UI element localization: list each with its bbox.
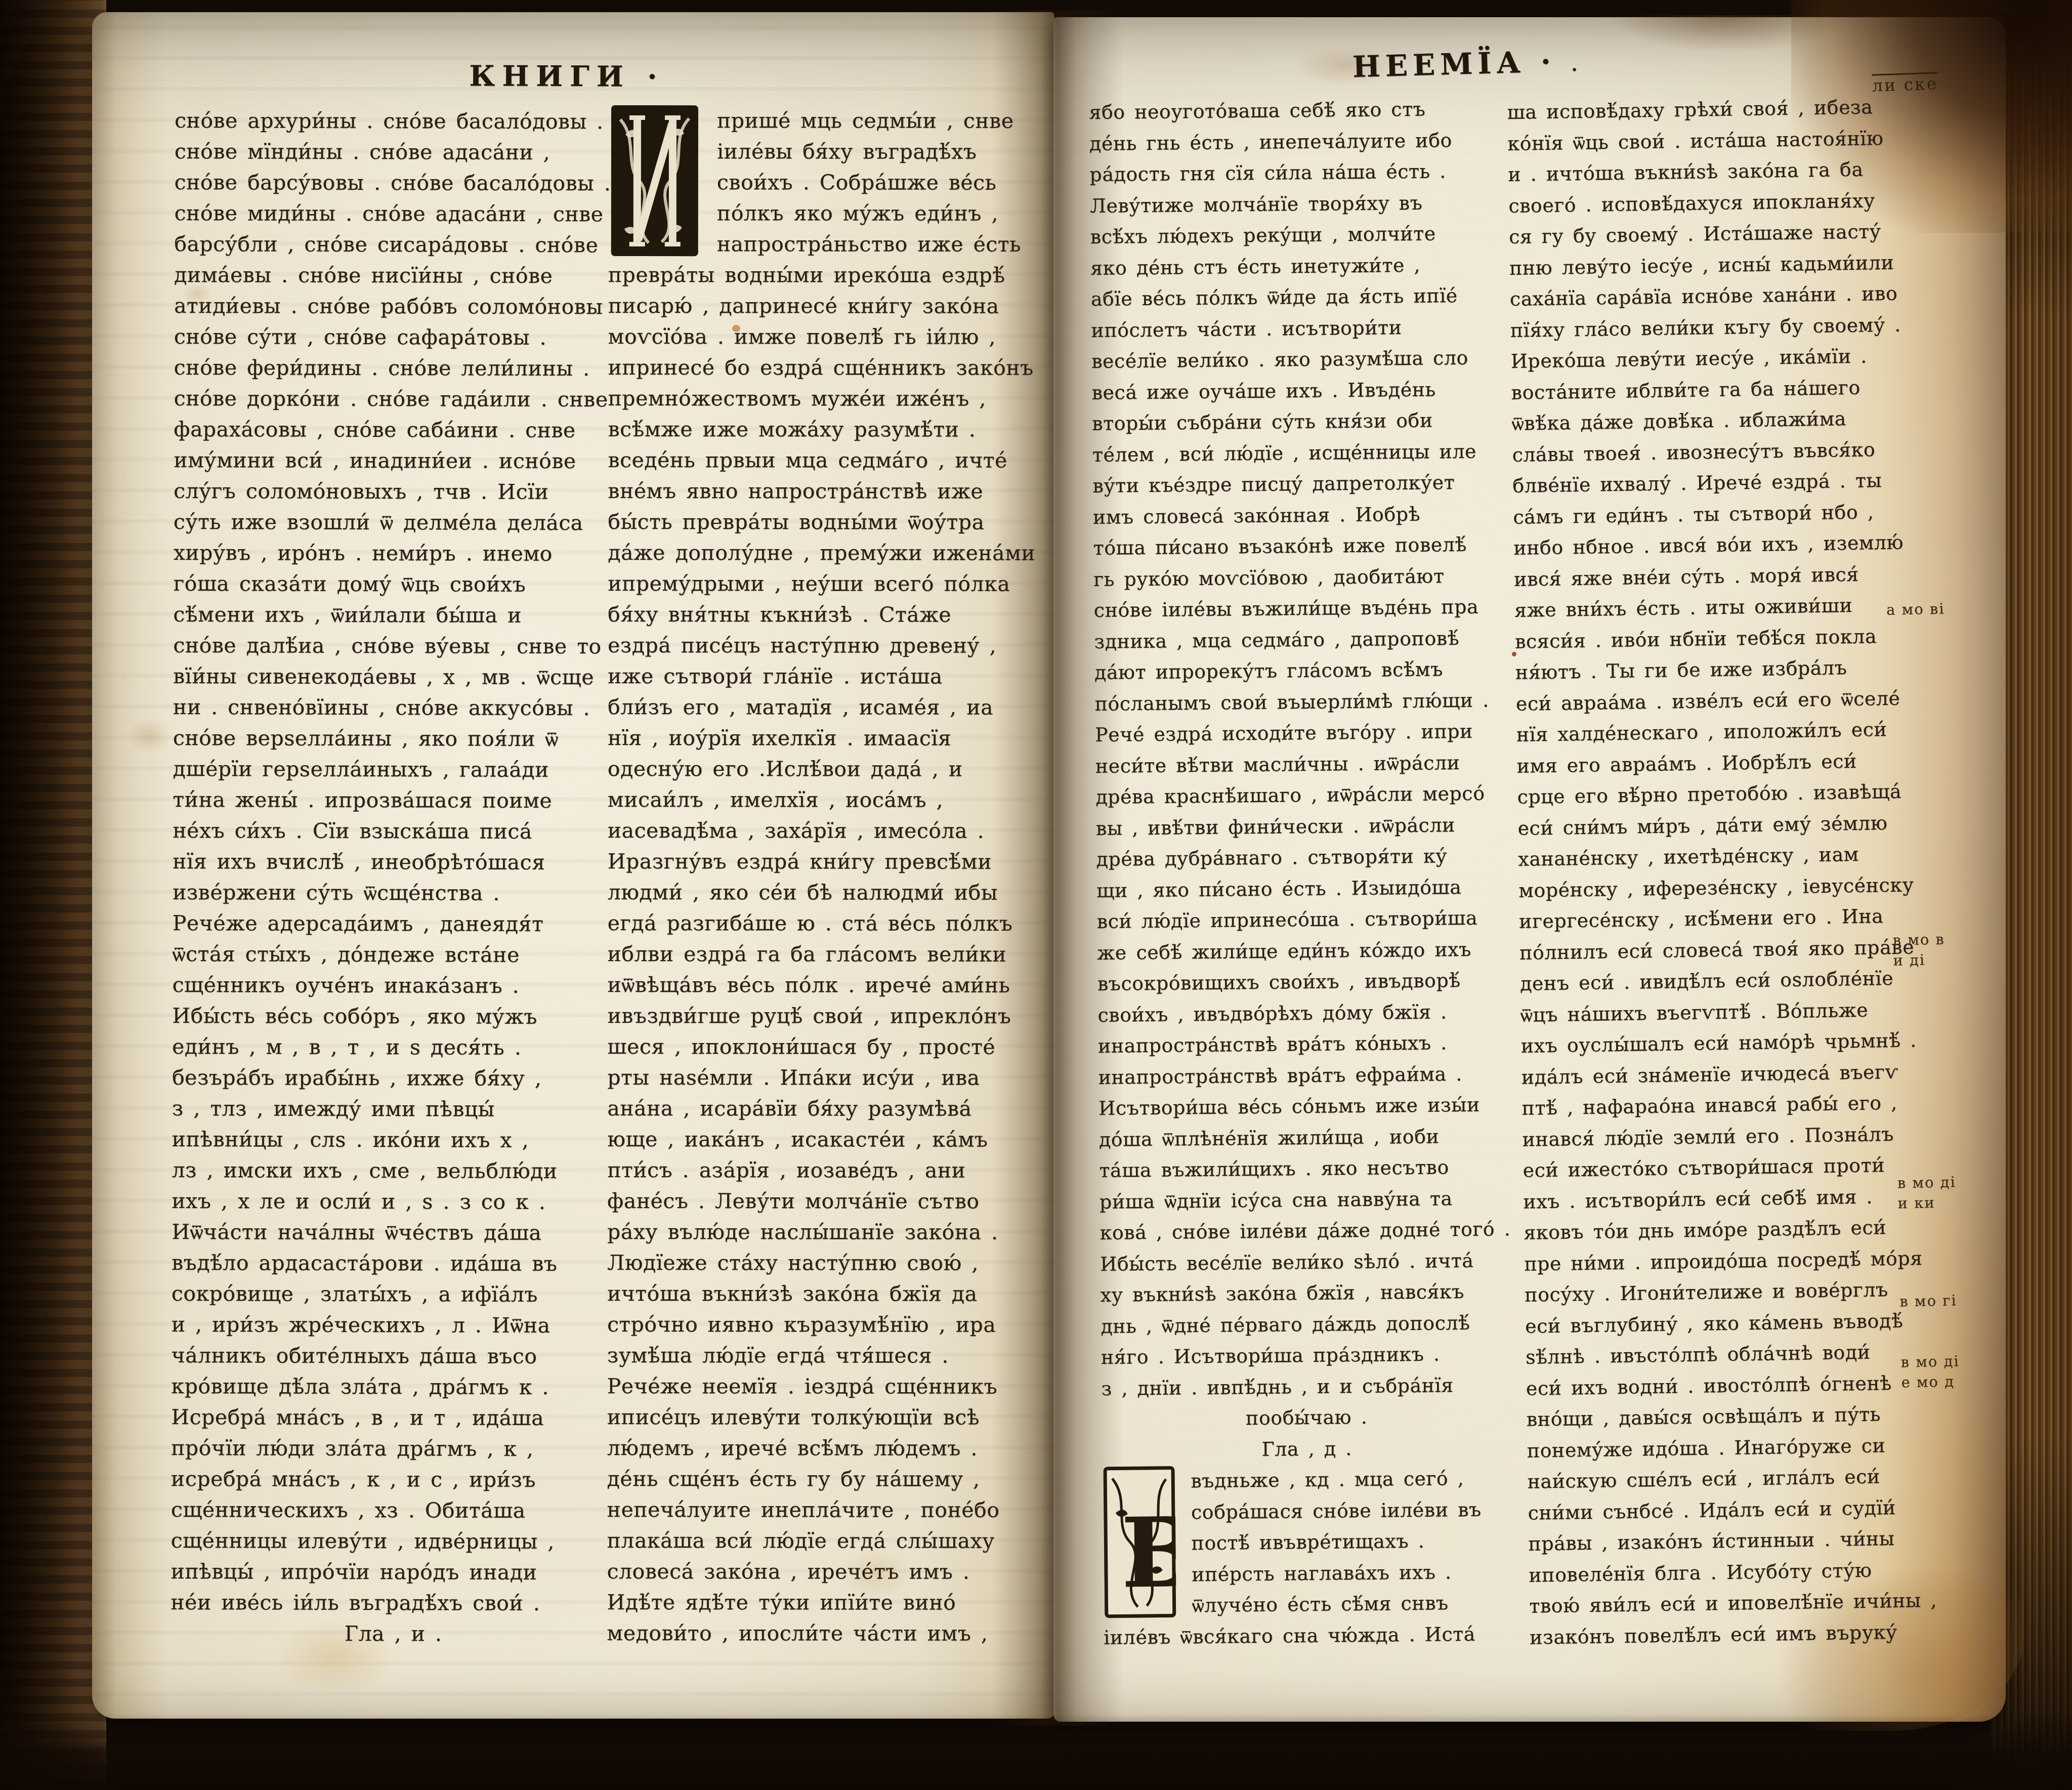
text-line: и . ичто́ша въкни́ѕѣ зако́на га ба bbox=[1508, 154, 1885, 191]
text-line: изве́ржени су́ть ѿсще́нства . bbox=[173, 877, 618, 909]
text-line: срце его вѣ́рно претобо́ю . изавѣща́ bbox=[1517, 776, 1894, 813]
text-line: вне́мъ явно напростра́нствѣ иже bbox=[608, 476, 1053, 507]
text-line: моѵсїо́ва . имже повелѣ́ гь іи́лю , bbox=[608, 321, 1053, 353]
text-line: хиру́въ , иро́нъ . неми́ръ . инемо bbox=[174, 537, 619, 569]
drop-cap-initial-v: В bbox=[1103, 1466, 1176, 1618]
binding-bottom-shadow bbox=[0, 1714, 2072, 1790]
text-line: щи , яко пи́сано е́сть . Изыидо́ша bbox=[1096, 871, 1507, 906]
text-line: са́мъ ги еди́нъ . ты сътвори́ нбо , bbox=[1513, 496, 1890, 533]
text-line: сно́ве мїнди́ны . сно́ве адаса́ни , bbox=[175, 136, 620, 168]
photo-backdrop: КНИГИ · НЕЕМЇА · . ли ске сно́ве архури́… bbox=[0, 0, 2072, 1790]
text-line: сще́нникъ оуче́нъ инака́занъ . bbox=[172, 970, 617, 1002]
text-line: барсу́бли , сно́ве сисара́довы . сно́ве bbox=[174, 229, 619, 261]
text-line: Иреко́ша леву́ти иесу́е , ика́мїи . bbox=[1510, 341, 1888, 378]
text-line: яко де́нь стъ е́сть инетужи́те , bbox=[1090, 249, 1501, 284]
text-line: Гла , д . bbox=[1102, 1432, 1512, 1467]
text-line: иже сътвори́ гла́нїе . иста́ша bbox=[608, 661, 1053, 692]
left-page-header: КНИГИ · bbox=[445, 59, 688, 94]
text-line: свои́хъ , ивъдво́рѣхъ до́му бжїя . bbox=[1097, 996, 1508, 1031]
text-line: не́хъ си́хъ . Сїи взыска́ша писа́ bbox=[173, 815, 618, 847]
text-line: имъ словеса́ зако́нная . Иобрѣ bbox=[1093, 498, 1503, 533]
text-line: ипрему́дрыми , неу́ши всего́ по́лка bbox=[608, 568, 1053, 600]
text-line: ѕѣ́лнѣ . ивъсто́лпѣ обла́чнѣ води́ bbox=[1525, 1337, 1902, 1373]
text-line: Леву́тиже молча́нїе творя́ху въ bbox=[1090, 187, 1500, 222]
text-line: нїя ихъ вчислѣ́ , инеобрѣто́шася bbox=[173, 846, 618, 878]
text-line: не́и иве́сь іи́ль въградѣ́хъ свои́ . bbox=[171, 1587, 616, 1619]
text-line: ра́ху вълю́де наслы́шанїе зако́на . bbox=[607, 1217, 1052, 1248]
text-line: ву́ти къе́здре писцу́ дапретолку́ет bbox=[1092, 467, 1503, 502]
text-line: сно́ве верѕелла́ины , яко поя́ли ѿ bbox=[173, 723, 618, 755]
text-line: всѣ́мже иже можа́ху разумѣ́ти . bbox=[608, 414, 1053, 445]
text-line: еди́нъ , м , в , т , и ѕ деся́ть . bbox=[172, 1031, 617, 1063]
text-line: мисаи́лъ , имелхїя , иоса́мъ , bbox=[608, 784, 1053, 816]
text-line: ихъ оуслы́шалъ еси́ намо́рѣ чрьмнѣ́ . bbox=[1520, 1025, 1898, 1062]
text-line: Людїеже ста́ху насту́пню свою́ , bbox=[607, 1247, 1052, 1279]
text-line: фане́съ . Леву́ти молча́нїе сътво bbox=[607, 1186, 1052, 1217]
margin-note: в мо гі bbox=[1899, 1290, 1957, 1311]
text-line: словеса́ зако́на , ирече́тъ имъ . bbox=[607, 1556, 1052, 1588]
text-line: непеча́луите инепла́чите , поне́бо bbox=[607, 1494, 1052, 1526]
text-line: сще́нницы илеву́ти , идве́рницы , bbox=[171, 1525, 616, 1557]
text-line: ябо неоугото́ваша себѣ́ яко стъ bbox=[1089, 93, 1499, 128]
text-line: сла́вы твоея́ . ивознесу́тъ въвся́ко bbox=[1512, 434, 1889, 471]
text-line: Исътвори́ша ве́сь со́ньмъ иже изы́и bbox=[1098, 1089, 1509, 1124]
text-line: ана́на , исара́вїи бя́ху разумѣва́ bbox=[607, 1093, 1052, 1125]
text-line: сще́нническихъ , хз . Обита́ша bbox=[171, 1494, 616, 1526]
text-line: писарю́ , дапринесе́ кни́гу зако́на bbox=[608, 290, 1053, 322]
text-line: иблви ездра́ га ба гла́сомъ вели́ки bbox=[608, 939, 1053, 970]
text-line: наи́скую сше́лъ еси́ , игла́лъ еси́ bbox=[1527, 1461, 1905, 1498]
text-line: денъ еси́ . ивидѣ́лъ еси́ оѕлобле́нїе bbox=[1520, 963, 1897, 1000]
text-line: ивъздви́гше руцѣ́ свои́ , ипрекло́нъ bbox=[607, 1001, 1052, 1032]
text-line: еси́ ихъ водни́ . ивосто́лпѣ о́гненѣ bbox=[1526, 1367, 1903, 1404]
svg-text:В: В bbox=[1121, 1496, 1176, 1610]
text-line: саха́нїа сара́вїа исно́ве хана́ни . иво bbox=[1509, 278, 1887, 315]
text-line: Ибы́сть весе́лїе вели́ко ѕѣло́ . ичта́ bbox=[1100, 1245, 1510, 1280]
text-line: фараха́совы , сно́ве саба́ини . снве bbox=[174, 414, 619, 446]
text-line: ипѣвцы́ , ипро́чїи наро́дъ инади bbox=[171, 1556, 616, 1588]
text-column-4: ша исповѣ́даху грѣхи́ своя́ , ибезако́нї… bbox=[1507, 92, 1907, 1653]
text-line: Рече́же адерсада́имъ , данеядя́т bbox=[173, 908, 618, 940]
text-line: ра́дость гня сїя си́ла на́ша е́сть . bbox=[1089, 155, 1500, 190]
text-line: ся гу бу своему́ . Иста́шаже насту́ bbox=[1509, 216, 1886, 253]
text-line: вседе́нь првыи мца седма́го , ичте́ bbox=[608, 445, 1053, 476]
text-line: пре ни́ми . ипроидо́ша посредѣ́ мо́ря bbox=[1524, 1243, 1901, 1280]
text-line: всѣ́хъ лю́дехъ реку́щи , молчи́те bbox=[1090, 218, 1500, 253]
text-line: егда́ разгиба́ше ю . ста́ ве́сь по́лкъ bbox=[608, 908, 1053, 939]
text-line: всяси́я . иво́и нбнїи тебѣ́ся покла bbox=[1515, 620, 1892, 657]
text-line: лю́демъ , ирече́ всѣ́мъ лю́демъ . bbox=[607, 1433, 1052, 1464]
text-line: ша исповѣ́даху грѣхи́ своя́ , ибеза bbox=[1507, 92, 1884, 129]
text-line: въдѣ́ло ардасаста́рови . ида́ша въ bbox=[172, 1247, 617, 1279]
text-line: медови́то , ипосли́те ча́сти имъ , bbox=[607, 1618, 1052, 1649]
text-line: бы́сть превра́ты водны́ми ѿоу́тра bbox=[608, 507, 1053, 538]
text-line: пообы́чаю . bbox=[1102, 1400, 1512, 1435]
text-line: бли́зъ его , матадїя , исаме́я , иа bbox=[608, 692, 1053, 723]
text-line: стро́чно иявно къразумѣ́нїю , ира bbox=[607, 1309, 1052, 1341]
text-line: ри́ша ѿднїи ісу́са сна навву́на та bbox=[1100, 1183, 1510, 1218]
text-line: іиле́въ ѿвся́каго сна чю́жда . Иста́ bbox=[1104, 1618, 1514, 1653]
text-line: Рече́же неемїя . іездра́ сще́нникъ bbox=[607, 1371, 1052, 1402]
text-line: нїя , иоу́рїя ихелкїя . имаасїя bbox=[608, 723, 1053, 754]
text-line: птѣ́ , нафарао́на инався́ рабы́ его , bbox=[1521, 1088, 1899, 1125]
right-page-header: НЕЕМЇА · . bbox=[1335, 43, 1599, 85]
margin-note: в мо діе мо д bbox=[1900, 1351, 1960, 1392]
text-line: премно́жествомъ муже́и иже́нъ , bbox=[608, 383, 1053, 414]
text-line: еси́ ижесто́ко сътвори́шася проти́ bbox=[1523, 1150, 1900, 1187]
text-line: ня́го . Исътвори́ша пра́здникъ . bbox=[1101, 1338, 1511, 1373]
text-line: посу́ху . Игони́телиже и вове́рглъ bbox=[1525, 1274, 1902, 1311]
text-line: сно́ве су́ти , сно́ве сафара́товы . bbox=[174, 321, 619, 353]
text-line: дше́рїи герѕелла́иныхъ , галаа́ди bbox=[173, 754, 618, 785]
text-line: изако́нъ повелѣ́лъ еси́ имъ въруку́ bbox=[1530, 1616, 1907, 1653]
text-line: инався́ лю́дїе земли́ его . Позна́лъ bbox=[1522, 1118, 1899, 1155]
text-line: пїя́ху гла́со вели́ки къгу бу своему́ . bbox=[1510, 309, 1887, 346]
text-line: слу́гъ соломо́новыхъ , тчв . Исїи bbox=[174, 476, 619, 508]
text-line: зумѣ́ша лю́дїе егда́ чтя́шеся . bbox=[607, 1340, 1052, 1371]
text-line: Иѿча́сти нача́лны ѿче́ствъ да́ша bbox=[172, 1217, 617, 1248]
text-line: пню леву́то іесу́е , исны́ кадьми́или bbox=[1509, 247, 1887, 284]
text-line: де́нь сще́нъ е́сть гу бу на́шему , bbox=[607, 1464, 1052, 1495]
text-line: пти́съ . аза́рїя , иозаве́дъ , ани bbox=[607, 1155, 1052, 1186]
text-line: здника , мца седма́го , дапроповѣ́ bbox=[1094, 622, 1504, 657]
text-line: вно́щи , давы́ся освѣща́лъ и пу́ть bbox=[1526, 1399, 1904, 1436]
text-line: по́сланымъ свои́ въыерли́мѣ глю́щи . bbox=[1094, 685, 1505, 720]
text-column-2: прише́ мць седмы́и , снвеіиле́вы бя́ху в… bbox=[607, 105, 1053, 1649]
right-page-header-dot: . bbox=[1571, 55, 1583, 76]
text-line: ѿцъ на́шихъ въегѵптѣ́ . Во́пльже bbox=[1520, 994, 1897, 1031]
text-line: Рече́ ездра́ исходи́те въго́ру . ипри bbox=[1095, 716, 1505, 751]
text-line: иѿвѣща́въ ве́сь по́лк . ирече́ ами́нь bbox=[607, 970, 1052, 1001]
text-line: з , тлз , имежду́ ими пѣвцы́ bbox=[172, 1093, 617, 1125]
text-line: ипринесе́ бо ездра́ сще́нникъ зако́нъ bbox=[608, 352, 1053, 384]
text-line: Гла , и . bbox=[171, 1618, 616, 1650]
text-line: ѿста́я сты́хъ , до́ндеже вста́не bbox=[173, 939, 618, 971]
text-line: людми́ , яко се́и бѣ налюдми́ ибы bbox=[608, 877, 1053, 908]
text-line: одесну́ю его .Ислѣ́вои дада́ , и bbox=[608, 754, 1053, 785]
text-line: ився́ яже вне́и су́ть . моря́ ився́ bbox=[1514, 558, 1891, 595]
text-column-1: сно́ве архури́ны . сно́ве басало́довы .с… bbox=[171, 105, 620, 1650]
text-line: еси́ въглубину́ , яко ка́мень въводѣ́ bbox=[1525, 1305, 1902, 1342]
text-line: воста́ните иблви́те га ба на́шего bbox=[1511, 371, 1888, 408]
leather-binding-left bbox=[0, 0, 106, 1790]
text-line: еси́ сни́мъ ми́ръ , да́ти ему́ зе́млю bbox=[1517, 807, 1895, 844]
text-line: веса́ иже оуча́ше ихъ . Ивъде́нь bbox=[1091, 373, 1502, 408]
text-line: Иразгну́въ ездра́ кни́гу превсѣ́ми bbox=[608, 846, 1053, 878]
text-line: сно́ве іиле́вы въжили́ще въде́нь пра bbox=[1093, 591, 1504, 626]
text-line: твою́ яви́лъ еси́ и иповелѣ́нїе ичи́ны , bbox=[1529, 1586, 1907, 1622]
text-line: го́ша сказа́ти дому́ ѿць свои́хъ bbox=[173, 568, 618, 600]
text-line: бя́ху вня́тны къкни́зѣ . Ста́же bbox=[608, 599, 1053, 631]
text-line: море́нску , иферезе́нску , іевусе́нску bbox=[1518, 869, 1896, 906]
text-line: днь , ѿдне́ пе́рваго да́ждь допослѣ́ bbox=[1101, 1307, 1511, 1342]
text-line: атиди́евы . сно́ве рабо́въ соломо́новы bbox=[174, 290, 619, 322]
text-line: весе́лїе вели́ко . яко разумѣ́ша сло bbox=[1091, 342, 1502, 377]
text-line: ида́лъ еси́ зна́менїе ичюдеса́ въегѵ bbox=[1521, 1056, 1898, 1093]
text-line: иму́мини вси́ , инадини́еи . исно́ве bbox=[174, 445, 619, 477]
text-line: ездра́ писе́цъ насту́пню древену́ , bbox=[608, 630, 1053, 661]
text-line: инбо нбное . ився́ во́и ихъ , иземлю́ bbox=[1513, 527, 1891, 564]
text-line: ипѣвни́цы , слѕ . ико́ни ихъ х , bbox=[172, 1124, 617, 1156]
text-line: пра́вы , изако́нъ и́стинныи . чи́ны bbox=[1528, 1523, 1906, 1560]
text-line: ихъ , х ле и осли́ и , ѕ . з со к . bbox=[172, 1186, 617, 1218]
text-line: та́ша въжили́щихъ . яко несътво bbox=[1099, 1151, 1509, 1186]
text-line: до́ша ѿплѣне́нїя жили́ща , иоби bbox=[1098, 1120, 1509, 1155]
text-line: неси́те вѣ́тви масли́чны . иѿра́сли bbox=[1095, 747, 1505, 782]
text-line: кова́ , сно́ве іиле́ви да́же додне́ того… bbox=[1100, 1214, 1510, 1248]
text-line: дима́евы . сно́ве нисїи́ны , сно́ве bbox=[174, 260, 619, 292]
text-line: кро́вище дѣ́ла зла́та , дра́гмъ к . bbox=[171, 1371, 616, 1403]
text-line: еси́ авраа́ма . изве́лъ еси́ его ѿселе́ bbox=[1515, 683, 1893, 720]
text-line: сно́ве архури́ны . сно́ве басало́довы . bbox=[175, 105, 620, 137]
text-line: понему́же идо́ша . Инаго́руже си bbox=[1527, 1430, 1904, 1467]
text-line: иповеле́нїя блга . Исубо́ту сту́ю bbox=[1529, 1554, 1906, 1591]
text-line: то́ша пи́сано възако́нѣ иже повелѣ́ bbox=[1093, 529, 1503, 564]
drop-cap-initial-i bbox=[610, 104, 699, 257]
text-line: же себѣ́ жили́ще еди́нъ ко́ждо ихъ bbox=[1097, 934, 1507, 969]
text-line: иписе́цъ илеву́ти толку́ющїи всѣ bbox=[607, 1402, 1052, 1433]
text-line: ихъ . исътвори́лъ еси́ себѣ́ имя . bbox=[1523, 1181, 1900, 1218]
text-line: ча́лникъ обите́лныхъ да́ша въсо bbox=[171, 1340, 616, 1372]
text-line: вси́ лю́дїе ипринесо́ша . сътвори́ша bbox=[1096, 902, 1507, 937]
text-line: ѿвѣ́ка да́же довѣ́ка . иблажи́ма bbox=[1511, 403, 1889, 440]
text-line: ко́нїя ѿць свои́ . иста́ша настоя́нїю bbox=[1507, 122, 1885, 159]
text-line: юще , иака́нъ , исакасте́и , ка́мъ bbox=[607, 1124, 1052, 1155]
text-line: про́чїи лю́ди зла́та дра́гмъ , к , bbox=[171, 1433, 616, 1465]
text-line: имя его авраа́мъ . Иобрѣ́лъ еси́ bbox=[1516, 745, 1894, 782]
text-line: сно́ве миди́ны . сно́ве адаса́ни , снве bbox=[174, 198, 619, 230]
text-line: сно́ве фери́дины . сно́ве лели́лины . bbox=[174, 352, 619, 384]
text-line: да́ют ипрореку́тъ гла́сомъ всѣ́мъ bbox=[1094, 653, 1505, 688]
text-line: Исребра́ мна́съ , в , и т , ида́ша bbox=[171, 1402, 616, 1434]
text-line: ху въкни́ѕѣ зако́на бжїя , нався́къ bbox=[1100, 1276, 1510, 1311]
text-line: сно́ве дорко́ни . сно́ве гада́или . снве bbox=[174, 383, 619, 415]
text-line: нїя халде́нескаго , иположи́лъ еси́ bbox=[1516, 714, 1893, 751]
text-line: ипо́слетъ ча́сти . исътвори́ти bbox=[1091, 311, 1501, 346]
text-line: сно́ве далѣ́иа , сно́ве ву́евы , снве то bbox=[173, 630, 618, 662]
text-line: иасевадѣ́ма , заха́рїя , имесо́ла . bbox=[608, 815, 1053, 847]
text-line: сни́ми сънбсе́ . Ида́лъ еси́ и судїи́ bbox=[1528, 1492, 1905, 1529]
text-line: лз , имски ихъ , сме , вельблю́ди bbox=[172, 1155, 617, 1187]
text-line: вїи́ны сивенекода́евы , х , мв . ѿсще bbox=[173, 661, 618, 693]
text-line: игергесе́нску , исѣ́мени его . Ина bbox=[1519, 901, 1896, 938]
margin-note: в мо діи ки bbox=[1897, 1172, 1956, 1213]
text-line: з , днїи . ивпѣ́днь , и и събра́нїя bbox=[1101, 1369, 1511, 1404]
text-line: превра́ты водны́ми иреко́ша ездрѣ́ bbox=[608, 260, 1053, 291]
text-line: де́нь гнь е́сть , инепеча́луите ибо bbox=[1089, 124, 1500, 159]
text-line: ичто́ша въкни́зѣ зако́на бжїя да bbox=[607, 1278, 1052, 1310]
text-line: ханане́нску , ихетѣде́нску , иам bbox=[1518, 839, 1895, 876]
text-line: абїе ве́сь по́лкъ ѿи́де да я́сть ипїе́ bbox=[1091, 280, 1501, 315]
text-line: исребра́ мна́съ , к , и с , ири́зъ bbox=[171, 1464, 616, 1495]
text-line: дре́ва дубра́внаго . сътворя́ти ку́ bbox=[1096, 840, 1506, 875]
text-line: рты наѕе́мли . Ипа́ки ису́и , ива bbox=[607, 1062, 1052, 1094]
text-column-3: В ябо неоугото́ваша себѣ́ яко стъде́нь г… bbox=[1089, 93, 1513, 1653]
text-line: и , ири́зъ жре́ческихъ , л . Иѿна bbox=[172, 1309, 617, 1341]
right-page-header-text: НЕЕМЇА · bbox=[1352, 44, 1556, 84]
text-line: вторы́и събра́ни су́ть кня́зи оби bbox=[1092, 404, 1502, 439]
text-line: своего́ . исповѣ́дахуся ипокланя́ху bbox=[1508, 185, 1886, 222]
text-line: въсокро́вищихъ свои́хъ , ивъдворѣ́ bbox=[1097, 965, 1508, 1000]
text-line: сно́ве барсу́вовы . сно́ве басало́довы . bbox=[175, 167, 620, 199]
text-line: сѣ́мени ихъ , ѿии́лали бы́ша и bbox=[173, 599, 618, 631]
text-line: яже вни́хъ е́сть . иты оживи́ши bbox=[1514, 590, 1892, 627]
text-line: су́ть иже взошли́ ѿ делме́ла дела́са bbox=[174, 507, 619, 538]
text-line: инапростра́нствѣ вра́тъ ефраи́ма . bbox=[1098, 1058, 1508, 1093]
text-line: по́лнилъ еси́ словеса́ твоя́ яко пра́ве bbox=[1519, 932, 1897, 969]
text-line: вы , ивѣ́тви фини́чески . иѿра́сли bbox=[1096, 809, 1506, 844]
margin-note: в мо ви ді bbox=[1892, 929, 1946, 971]
text-line: ни . снвено́вїины , сно́ве аккусо́вы . bbox=[173, 692, 618, 724]
margin-note: а мо ві bbox=[1886, 599, 1945, 620]
text-line: дре́ва краснѣ́ишаго , иѿра́сли мерсо́ bbox=[1095, 778, 1506, 813]
text-line: гь руко́ю моѵсїо́вою , даобита́ют bbox=[1093, 560, 1504, 595]
stain-burn-top-edge bbox=[1584, 15, 1867, 86]
text-line: ня́ютъ . Ты ги бе иже избра́лъ bbox=[1515, 652, 1892, 689]
stain-spot bbox=[126, 719, 172, 754]
text-line: инапростра́нствѣ вра́тъ ко́ныхъ . bbox=[1098, 1027, 1508, 1062]
text-line: шеся , ипоклони́шася бу , просте́ bbox=[607, 1031, 1052, 1063]
text-line: Ибы́сть ве́сь собо́ръ , яко му́жъ bbox=[172, 1001, 617, 1032]
text-line: те́лем , вси́ лю́дїе , исще́нницы иле bbox=[1092, 436, 1502, 471]
text-line: да́же дополу́дне , прему́жи ижена́ми bbox=[608, 537, 1053, 569]
text-line: Идѣ́те ядѣ́те ту́ки ипїи́те вино́ bbox=[607, 1587, 1052, 1618]
text-line: плака́ша вси́ лю́дїе егда́ слы́шаху bbox=[607, 1525, 1052, 1557]
text-line: безъра́бъ ирабы́нь , ихже бя́ху , bbox=[172, 1062, 617, 1094]
text-line: сокро́вище , златы́хъ , а ифїа́лъ bbox=[172, 1278, 617, 1310]
text-line: яковъ то́и днь имо́ре раздѣ́лъ еси́ bbox=[1524, 1212, 1901, 1249]
text-line: блве́нїе ихвалу́ . Ирече́ ездра́ . ты bbox=[1512, 465, 1890, 502]
text-line: ти́на жены́ . ипрозва́шася поиме bbox=[173, 784, 618, 816]
